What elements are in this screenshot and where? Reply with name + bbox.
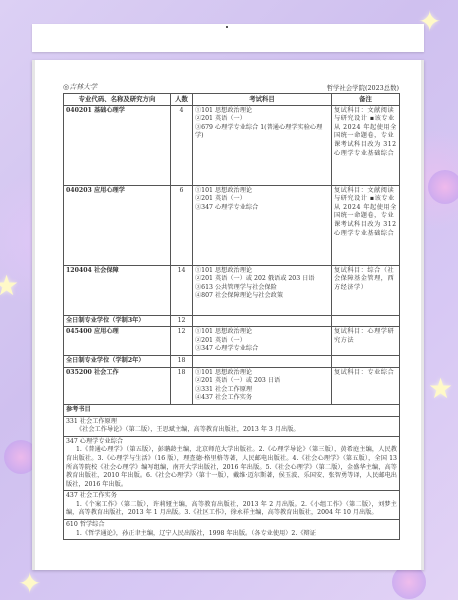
subject: ④807 社会保障理论与社会政策 [195, 292, 329, 301]
document-page[interactable]: ◎吉林大学 哲学社会学院(2023总数) 专业代码、名称及研究方向 人数 考试科… [32, 60, 424, 570]
enrollment-count: 12 [171, 327, 193, 356]
reference-heading: 331 社会工作原理 [66, 418, 397, 427]
major-name: 040203 应用心理学 [64, 185, 171, 265]
subject: ①101 思想政治理论 [195, 107, 329, 116]
enrollment-count: 14 [171, 265, 193, 315]
header-count: 人数 [171, 94, 193, 106]
reference-item: 437 社会工作实务 1.《个案工作》（第二版），许莉娅主编，高等教育出版社，2… [64, 491, 400, 520]
major-name: 040201 基础心理学 [64, 105, 171, 185]
header-remarks: 备注 [332, 94, 400, 106]
section-row: 全日制专业学位（学制2年） 18 [64, 355, 400, 367]
major-name: 045400 应用心理 [64, 327, 171, 356]
heart-decoration [428, 170, 458, 204]
section-count: 12 [171, 315, 193, 327]
major-name: 035200 社会工作 [64, 367, 171, 404]
reference-cell: 331 社会工作原理 《社会工作导论》（第二版），王思斌主编，高等教育出版社，2… [64, 416, 400, 436]
subject: ②201 英语（一）或 202 俄语或 203 日语 [195, 275, 329, 284]
enrollment-count: 6 [171, 185, 193, 265]
subject: ②201 英语（一） [195, 195, 329, 204]
table-row: 045400 应用心理 12 ①101 思想政治理论 ②201 英语（一） ③3… [64, 327, 400, 356]
section-title: 全日制专业学位（学制2年） [64, 355, 171, 367]
document-header: ◎吉林大学 哲学社会学院(2023总数) [63, 82, 399, 92]
remarks: 复试科目：文献阅读与研究设计 ▪该专业从 2024 年起使用全国统一命题卷，专业… [332, 185, 400, 265]
references-title-row: 参考书目 [64, 404, 400, 416]
star-decoration-icon: ✦ [18, 570, 41, 598]
header-major: 专业代码、名称及研究方向 [64, 94, 171, 106]
exam-subjects: ①101 思想政治理论 ②201 英语（一）或 202 俄语或 203 日语 ③… [193, 265, 332, 315]
reference-heading: 610 哲学综合 [66, 521, 397, 530]
subject: ③347 心理学专业综合 [195, 345, 329, 354]
remarks: 复试科目：综合（社会保障基金管理，西方经济学） [332, 265, 400, 315]
references-title: 参考书目 [64, 404, 400, 416]
reference-body: 1.《普通心理学》（第五版），彭聃龄主编，北京师范大学出版社。2.《心理学导论》… [66, 446, 397, 489]
star-decoration-icon: ★ [428, 375, 453, 403]
document-content: ◎吉林大学 哲学社会学院(2023总数) 专业代码、名称及研究方向 人数 考试科… [63, 82, 399, 540]
heart-decoration [392, 565, 426, 599]
subject: ②201 英语（一）或 203 日语 [195, 377, 329, 386]
exam-subjects: ①101 思想政治理论 ②201 英语（一）或 203 日语 ③331 社会工作… [193, 367, 332, 404]
empty-cell [193, 315, 332, 327]
exam-subjects: ①101 思想政治理论 ②201 英语（一） ③679 心理学专业综合 1(普通… [193, 105, 332, 185]
star-decoration-icon: ★ [0, 272, 19, 300]
reference-body: 1.《哲学通论》，孙正聿主编，辽宁人民出版社，1998 年出版。（各专业使用）2… [66, 530, 397, 539]
page-mark [226, 26, 228, 28]
reference-cell: 437 社会工作实务 1.《个案工作》（第二版），许莉娅主编，高等教育出版社，2… [64, 491, 400, 520]
reference-item: 347 心理学专业综合 1.《普通心理学》（第五版），彭聃龄主编，北京师范大学出… [64, 436, 400, 491]
subject: ①101 思想政治理论 [195, 187, 329, 196]
university-logo: ◎吉林大学 [63, 82, 97, 92]
section-title: 全日制专业学位（学制3年） [64, 315, 171, 327]
subject: ①101 思想政治理论 [195, 267, 329, 276]
previous-page [32, 24, 424, 52]
subject: ③679 心理学专业综合 1(普通心理学实验心理学) [195, 124, 329, 141]
subject: ①101 思想政治理论 [195, 328, 329, 337]
exam-subjects: ①101 思想政治理论 ②201 英语（一） ③347 心理学专业综合 [193, 185, 332, 265]
remarks: 复试科目：专业综合 [332, 367, 400, 404]
exam-subjects: ①101 思想政治理论 ②201 英语（一） ③347 心理学专业综合 [193, 327, 332, 356]
reference-body: 1.《个案工作》（第二版），许莉娅主编，高等教育出版社，2013 年 2 月出版… [66, 501, 397, 518]
major-name: 120404 社会保障 [64, 265, 171, 315]
reference-heading: 437 社会工作实务 [66, 492, 397, 501]
table-row: 040203 应用心理学 6 ①101 思想政治理论 ②201 英语（一） ③3… [64, 185, 400, 265]
header-subjects: 考试科目 [193, 94, 332, 106]
subject: ③347 心理学专业综合 [195, 204, 329, 213]
empty-cell [332, 355, 400, 367]
reference-body: 《社会工作导论》（第二版），王思斌主编，高等教育出版社，2013 年 3 月出版… [66, 426, 397, 435]
school-header: 哲学社会学院(2023总数) [327, 83, 399, 92]
reference-cell: 347 心理学专业综合 1.《普通心理学》（第五版），彭聃龄主编，北京师范大学出… [64, 436, 400, 491]
empty-cell [332, 315, 400, 327]
section-row: 全日制专业学位（学制3年） 12 [64, 315, 400, 327]
subject: ②201 英语（一） [195, 115, 329, 124]
table-row: 120404 社会保障 14 ①101 思想政治理论 ②201 英语（一）或 2… [64, 265, 400, 315]
reference-item: 331 社会工作原理 《社会工作导论》（第二版），王思斌主编，高等教育出版社，2… [64, 416, 400, 436]
remarks: 复试科目：心理学研究方法 [332, 327, 400, 356]
remarks: 复试科目：文献阅读与研究设计 ▪该专业从 2024 年起使用全国统一命题卷，专业… [332, 105, 400, 185]
table-header-row: 专业代码、名称及研究方向 人数 考试科目 备注 [64, 94, 400, 106]
reference-item: 610 哲学综合 1.《哲学通论》，孙正聿主编，辽宁人民出版社，1998 年出版… [64, 520, 400, 540]
enrollment-count: 18 [171, 367, 193, 404]
admissions-table: 专业代码、名称及研究方向 人数 考试科目 备注 040201 基础心理学 4 ①… [63, 93, 400, 540]
section-count: 18 [171, 355, 193, 367]
reference-cell: 610 哲学综合 1.《哲学通论》，孙正聿主编，辽宁人民出版社，1998 年出版… [64, 520, 400, 540]
subject: ①101 思想政治理论 [195, 369, 329, 378]
enrollment-count: 4 [171, 105, 193, 185]
subject: ④437 社会工作实务 [195, 394, 329, 403]
table-row: 035200 社会工作 18 ①101 思想政治理论 ②201 英语（一）或 2… [64, 367, 400, 404]
empty-cell [193, 355, 332, 367]
table-row: 040201 基础心理学 4 ①101 思想政治理论 ②201 英语（一） ③6… [64, 105, 400, 185]
